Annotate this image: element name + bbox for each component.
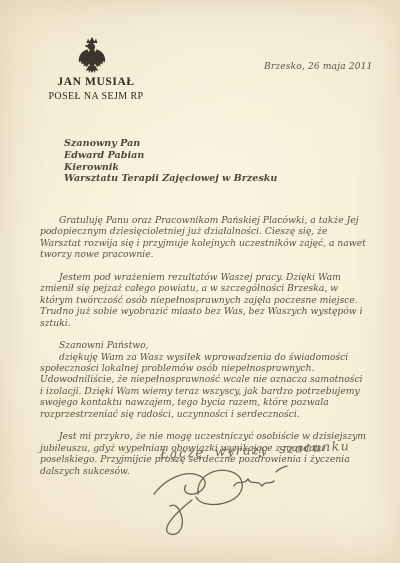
dateline: Brzesko, 26 maja 2011 [264, 62, 373, 72]
recipient-salutation: Szanowny Pan [64, 138, 277, 150]
paragraph-congratulations: Gratuluję Panu oraz Pracownikom Pańskiej… [40, 215, 368, 261]
recipient-role: Kierownik [64, 162, 277, 174]
recipient-name: Edward Pabian [64, 150, 277, 162]
recipient-organization: Warsztatu Terapii Zajęciowej w Brzesku [64, 173, 277, 185]
letter-page: JAN MUSIAŁ POSEŁ NA SEJM RP Brzesko, 26 … [0, 0, 400, 563]
paragraph-impressions: Jestem pod wrażeniem rezultatów Waszej p… [40, 272, 368, 329]
sender-block: JAN MUSIAŁ POSEŁ NA SEJM RP [20, 76, 172, 103]
sender-title: POSEŁ NA SEJM RP [20, 90, 172, 103]
letter-body: Gratuluję Panu oraz Pracownikom Pańskiej… [40, 215, 368, 477]
polish-eagle-icon [76, 33, 108, 77]
recipient-block: Szanowny Pan Edward Pabian Kierownik War… [64, 138, 277, 185]
handwritten-signature-icon [140, 458, 332, 538]
paragraph-thanks: dziękuję Wam za Wasz wysiłek wprowadzeni… [40, 352, 368, 421]
paragraph-salutation: Szanowni Państwo, [40, 340, 368, 351]
sender-name: JAN MUSIAŁ [20, 76, 172, 89]
